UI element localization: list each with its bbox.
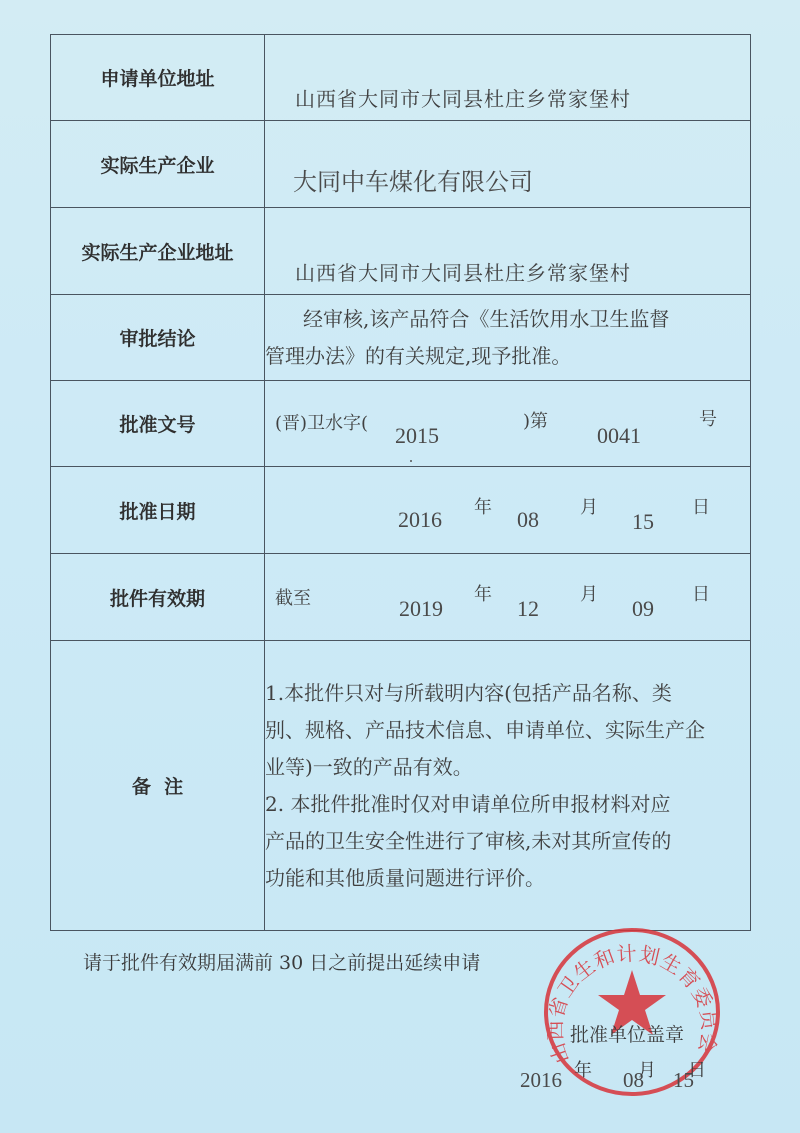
remarks-text: 1.本批件只对与所载明内容(包括产品名称、类 别、规格、产品技术信息、申请单位、… [265, 641, 751, 931]
label-applicant-address: 申请单位地址 [51, 35, 265, 121]
approval-date-year: 2016 [398, 507, 442, 533]
row-approval-date: 批准日期 2016 年 08 月 15 日 [51, 467, 751, 554]
applicant-address: 山西省大同市大同县杜庄乡常家堡村 [295, 83, 631, 112]
validity-day: 09 [632, 596, 654, 622]
value-cell: (晋)卫水字( 2015 )第 0041 号 [265, 381, 751, 467]
remark-line: 业等)一致的产品有效。 [265, 749, 750, 786]
validity-year: 2019 [399, 596, 443, 622]
approval-date-year-unit: 年 [474, 493, 492, 519]
validity-year-unit: 年 [474, 580, 492, 606]
seal-caption: 批准单位盖章 [570, 1020, 684, 1047]
label-manufacturer-address: 实际生产企业地址 [51, 208, 265, 295]
approval-date-day-unit: 日 [692, 493, 710, 519]
conclusion-line-2: 管理办法》的有关规定,现予批准。 [265, 338, 750, 375]
label-validity: 批件有效期 [51, 554, 265, 641]
footer-date-year: 2016 [520, 1068, 562, 1093]
remark-line: 功能和其他质量问题进行评价。 [265, 860, 750, 897]
approval-number-suffix: 号 [699, 405, 717, 431]
remark-line: 别、规格、产品技术信息、申请单位、实际生产企 [265, 712, 750, 749]
row-remarks: 备 注 1.本批件只对与所载明内容(包括产品名称、类 别、规格、产品技术信息、申… [51, 641, 751, 931]
approval-date-month: 08 [517, 507, 539, 533]
approval-document: 申请单位地址 山西省大同市大同县杜庄乡常家堡村 实际生产企业 大同中车煤化有限公… [0, 0, 800, 1133]
row-validity: 批件有效期 截至 2019 年 12 月 09 日 [51, 554, 751, 641]
value-cell: 大同中车煤化有限公司 [265, 121, 751, 208]
renewal-note: 请于批件有效期届满前 30 日之前提出延续申请 [83, 948, 480, 975]
label-manufacturer: 实际生产企业 [51, 121, 265, 208]
row-applicant-address: 申请单位地址 山西省大同市大同县杜庄乡常家堡村 [51, 35, 751, 121]
label-approval-number: 批准文号 [51, 381, 265, 467]
approval-number-year: 2015 [395, 423, 439, 449]
approval-number-mid: )第 [523, 407, 548, 433]
label-conclusion: 审批结论 [51, 295, 265, 381]
remark-line: 产品的卫生安全性进行了审核,未对其所宣传的 [265, 823, 750, 860]
remark-line: 1.本批件只对与所载明内容(包括产品名称、类 [265, 675, 750, 712]
approval-form-table: 申请单位地址 山西省大同市大同县杜庄乡常家堡村 实际生产企业 大同中车煤化有限公… [50, 34, 751, 931]
validity-month-unit: 月 [580, 580, 598, 606]
validity-day-unit: 日 [692, 580, 710, 606]
footer-date-day-unit: 日 [688, 1056, 706, 1082]
approval-number-value: 0041 [597, 423, 641, 449]
value-cell: 山西省大同市大同县杜庄乡常家堡村 [265, 208, 751, 295]
footer-date-year-unit: 年 [574, 1056, 592, 1082]
remark-line: 2. 本批件批准时仅对申请单位所申报材料对应 [265, 786, 750, 823]
approval-date-month-unit: 月 [580, 493, 598, 519]
label-approval-date: 批准日期 [51, 467, 265, 554]
value-cell: 截至 2019 年 12 月 09 日 [265, 554, 751, 641]
label-remarks: 备 注 [51, 641, 265, 931]
approval-number-prefix: (晋)卫水字( [275, 409, 368, 435]
manufacturer-name: 大同中车煤化有限公司 [293, 162, 533, 197]
manufacturer-address: 山西省大同市大同县杜庄乡常家堡村 [295, 257, 631, 286]
row-conclusion: 审批结论 经审核,该产品符合《生活饮用水卫生监督 管理办法》的有关规定,现予批准… [51, 295, 751, 381]
validity-month: 12 [517, 596, 539, 622]
value-cell: 2016 年 08 月 15 日 [265, 467, 751, 554]
ink-dot [410, 460, 412, 462]
conclusion-line-1: 经审核,该产品符合《生活饮用水卫生监督 [303, 307, 669, 331]
value-cell: 山西省大同市大同县杜庄乡常家堡村 [265, 35, 751, 121]
conclusion-text: 经审核,该产品符合《生活饮用水卫生监督 管理办法》的有关规定,现予批准。 [265, 295, 751, 381]
approval-date-day: 15 [632, 509, 654, 535]
footer-date-month-unit: 月 [638, 1056, 656, 1082]
row-approval-number: 批准文号 (晋)卫水字( 2015 )第 0041 号 [51, 381, 751, 467]
row-manufacturer-address: 实际生产企业地址 山西省大同市大同县杜庄乡常家堡村 [51, 208, 751, 295]
validity-prefix: 截至 [275, 584, 311, 610]
row-manufacturer: 实际生产企业 大同中车煤化有限公司 [51, 121, 751, 208]
